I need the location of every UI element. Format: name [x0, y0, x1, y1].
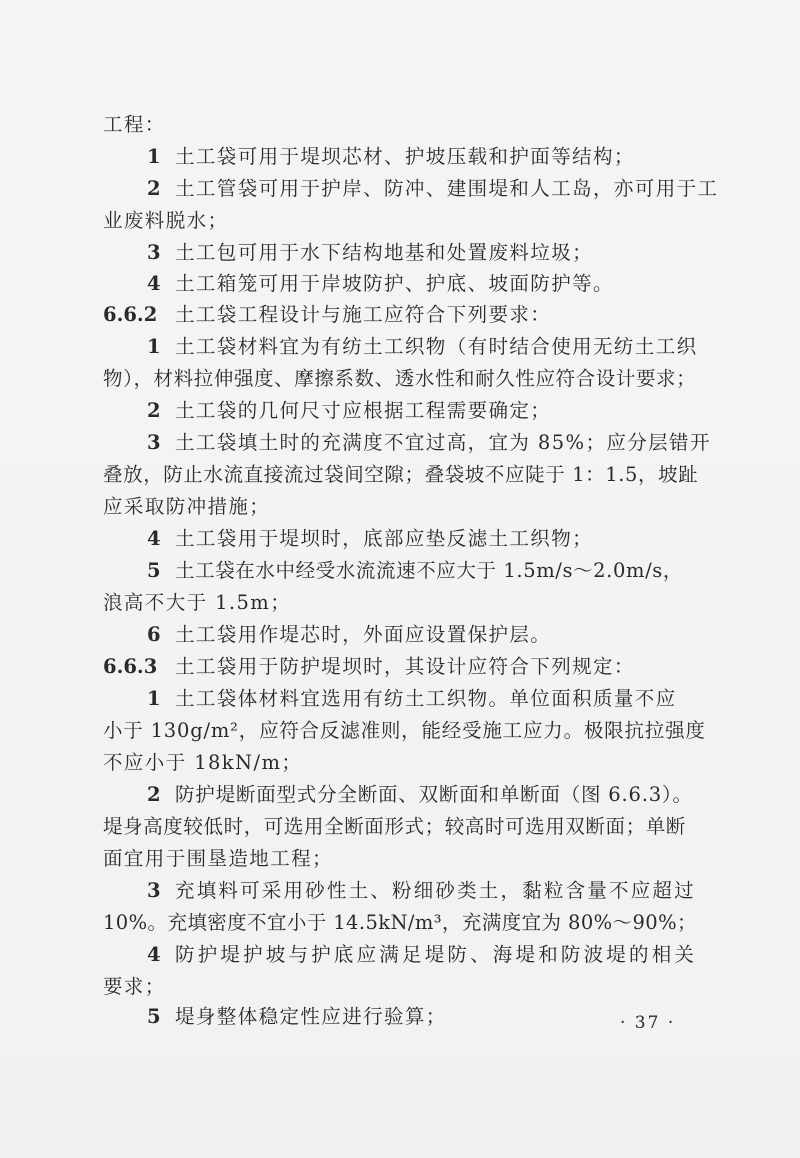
list-item: 3充填料可采用砂性土、粉细砂类土，黏粒含量不应超过 [147, 879, 757, 903]
item-number: 1 [147, 335, 175, 359]
line-text: 10%。充填密度不宜小于 14.5kN/m³，充满度宜为 80%～90%； [103, 911, 697, 934]
line-text: 土工袋材料宜为有纺土工织物（有时结合使用无纺土工织 [175, 335, 698, 358]
line-text: 面宜用于围垦造地工程； [103, 847, 333, 870]
document-page: 工程： 1土工袋可用于堤坝芯材、护坡压载和护面等结构； 2土工管袋可用于护岸、防… [0, 0, 800, 1158]
list-item: 5土工袋在水中经受水流流速不应大于 1.5m/s～2.0m/s， [147, 559, 757, 583]
item-number: 3 [147, 879, 175, 903]
section-number: 6.6.3 [103, 655, 175, 679]
list-item: 2土工袋的几何尺寸应根据工程需要确定； [147, 399, 757, 423]
text-line: 堤身高度较低时，可选用全断面形式；较高时可选用双断面；单断 [103, 815, 713, 839]
text-line: 要求； [103, 975, 713, 999]
text-line: 不应小于 18kN/m； [103, 751, 713, 775]
line-text: 土工袋的几何尺寸应根据工程需要确定； [175, 399, 551, 422]
line-text: 土工袋体材料宜选用有纺土工织物。单位面积质量不应 [175, 687, 677, 710]
line-text: 土工袋填土时的充满度不宜过高，宜为 85%；应分层错开 [175, 431, 711, 454]
text-line: 业废料脱水； [103, 209, 713, 233]
item-number: 4 [147, 527, 175, 551]
page-number: · 37 · [620, 1013, 675, 1033]
item-number: 5 [147, 559, 175, 583]
line-text: 要求； [103, 975, 166, 998]
list-item: 2土工管袋可用于护岸、防冲、建围堤和人工岛，亦可用于工 [147, 177, 757, 201]
list-item: 1土工袋可用于堤坝芯材、护坡压载和护面等结构； [147, 145, 757, 169]
line-text: 土工袋工程设计与施工应符合下列要求： [175, 303, 551, 326]
item-number: 1 [147, 687, 175, 711]
line-text: 业废料脱水； [103, 209, 228, 232]
list-item: 4土工箱笼可用于岸坡防护、护底、坡面防护等。 [147, 272, 757, 296]
text-line: 物），材料拉伸强度、摩擦系数、透水性和耐久性应符合设计要求； [103, 367, 713, 391]
line-text: 土工袋可用于堤坝芯材、护坡压载和护面等结构； [175, 145, 635, 168]
list-item: 3土工包可用于水下结构地基和处置废料垃圾； [147, 241, 757, 265]
line-text: 土工袋用作堤芯时，外面应设置保护层。 [175, 623, 551, 646]
list-item: 4土工袋用于堤坝时，底部应垫反滤土工织物； [147, 527, 757, 551]
line-text: 土工箱笼可用于岸坡防护、护底、坡面防护等。 [175, 272, 614, 295]
line-text: 堤身整体稳定性应进行验算； [175, 1005, 447, 1028]
list-item: 3土工袋填土时的充满度不宜过高，宜为 85%；应分层错开 [147, 431, 757, 455]
line-text: 土工包可用于水下结构地基和处置废料垃圾； [175, 241, 593, 264]
text-line: 10%。充填密度不宜小于 14.5kN/m³，充满度宜为 80%～90%； [103, 911, 713, 935]
text-line: 浪高不大于 1.5m； [103, 591, 713, 615]
text-line: 叠放，防止水流直接流过袋间空隙；叠袋坡不应陡于 1：1.5，坡趾 [103, 463, 713, 487]
line-text: 土工袋用于堤坝时，底部应垫反滤土工织物； [175, 527, 593, 550]
item-number: 2 [147, 399, 175, 423]
section-heading: 6.6.2土工袋工程设计与施工应符合下列要求： [103, 303, 713, 327]
line-text: 不应小于 18kN/m； [103, 751, 302, 774]
line-text: 小于 130g/m²，应符合反滤准则，能经受施工应力。极限抗拉强度 [103, 719, 706, 742]
line-text: 土工袋用于防护堤坝时，其设计应符合下列规定： [175, 655, 635, 678]
text-line: 应采取防冲措施； [103, 495, 713, 519]
line-text: 浪高不大于 1.5m； [103, 591, 291, 614]
line-text: 防护堤断面型式分全断面、双断面和单断面（图 6.6.3）。 [175, 783, 693, 806]
list-item: 1土工袋体材料宜选用有纺土工织物。单位面积质量不应 [147, 687, 757, 711]
item-number: 2 [147, 783, 175, 807]
line-text: 叠放，防止水流直接流过袋间空隙；叠袋坡不应陡于 1：1.5，坡趾 [103, 463, 698, 486]
list-item: 2防护堤断面型式分全断面、双断面和单断面（图 6.6.3）。 [147, 783, 757, 807]
line-text: 土工管袋可用于护岸、防冲、建围堤和人工岛，亦可用于工 [175, 177, 718, 200]
item-number: 6 [147, 623, 175, 647]
line-text: 充填料可采用砂性土、粉细砂类土，黏粒含量不应超过 [175, 879, 696, 902]
line-text: 物），材料拉伸强度、摩擦系数、透水性和耐久性应符合设计要求； [103, 367, 696, 390]
item-number: 3 [147, 241, 175, 265]
item-number: 4 [147, 272, 175, 296]
line-text: 堤身高度较低时，可选用全断面形式；较高时可选用双断面；单断 [103, 815, 686, 838]
line-text: 土工袋在水中经受水流流速不应大于 1.5m/s～2.0m/s， [175, 559, 683, 582]
section-heading: 6.6.3土工袋用于防护堤坝时，其设计应符合下列规定： [103, 655, 713, 679]
item-number: 1 [147, 145, 175, 169]
text-line: 面宜用于围垦造地工程； [103, 847, 713, 871]
text-line: 工程： [103, 113, 713, 137]
item-number: 2 [147, 177, 175, 201]
list-item: 6土工袋用作堤芯时，外面应设置保护层。 [147, 623, 757, 647]
list-item: 1土工袋材料宜为有纺土工织物（有时结合使用无纺土工织 [147, 335, 757, 359]
section-number: 6.6.2 [103, 303, 175, 327]
item-number: 3 [147, 431, 175, 455]
item-number: 5 [147, 1005, 175, 1029]
line-text: 防护堤护坡与护底应满足堤防、海堤和防波堤的相关 [175, 943, 697, 966]
text-line: 小于 130g/m²，应符合反滤准则，能经受施工应力。极限抗拉强度 [103, 719, 713, 743]
item-number: 4 [147, 943, 175, 967]
list-item: 4防护堤护坡与护底应满足堤防、海堤和防波堤的相关 [147, 943, 757, 967]
line-text: 工程： [103, 113, 166, 136]
line-text: 应采取防冲措施； [103, 495, 270, 518]
